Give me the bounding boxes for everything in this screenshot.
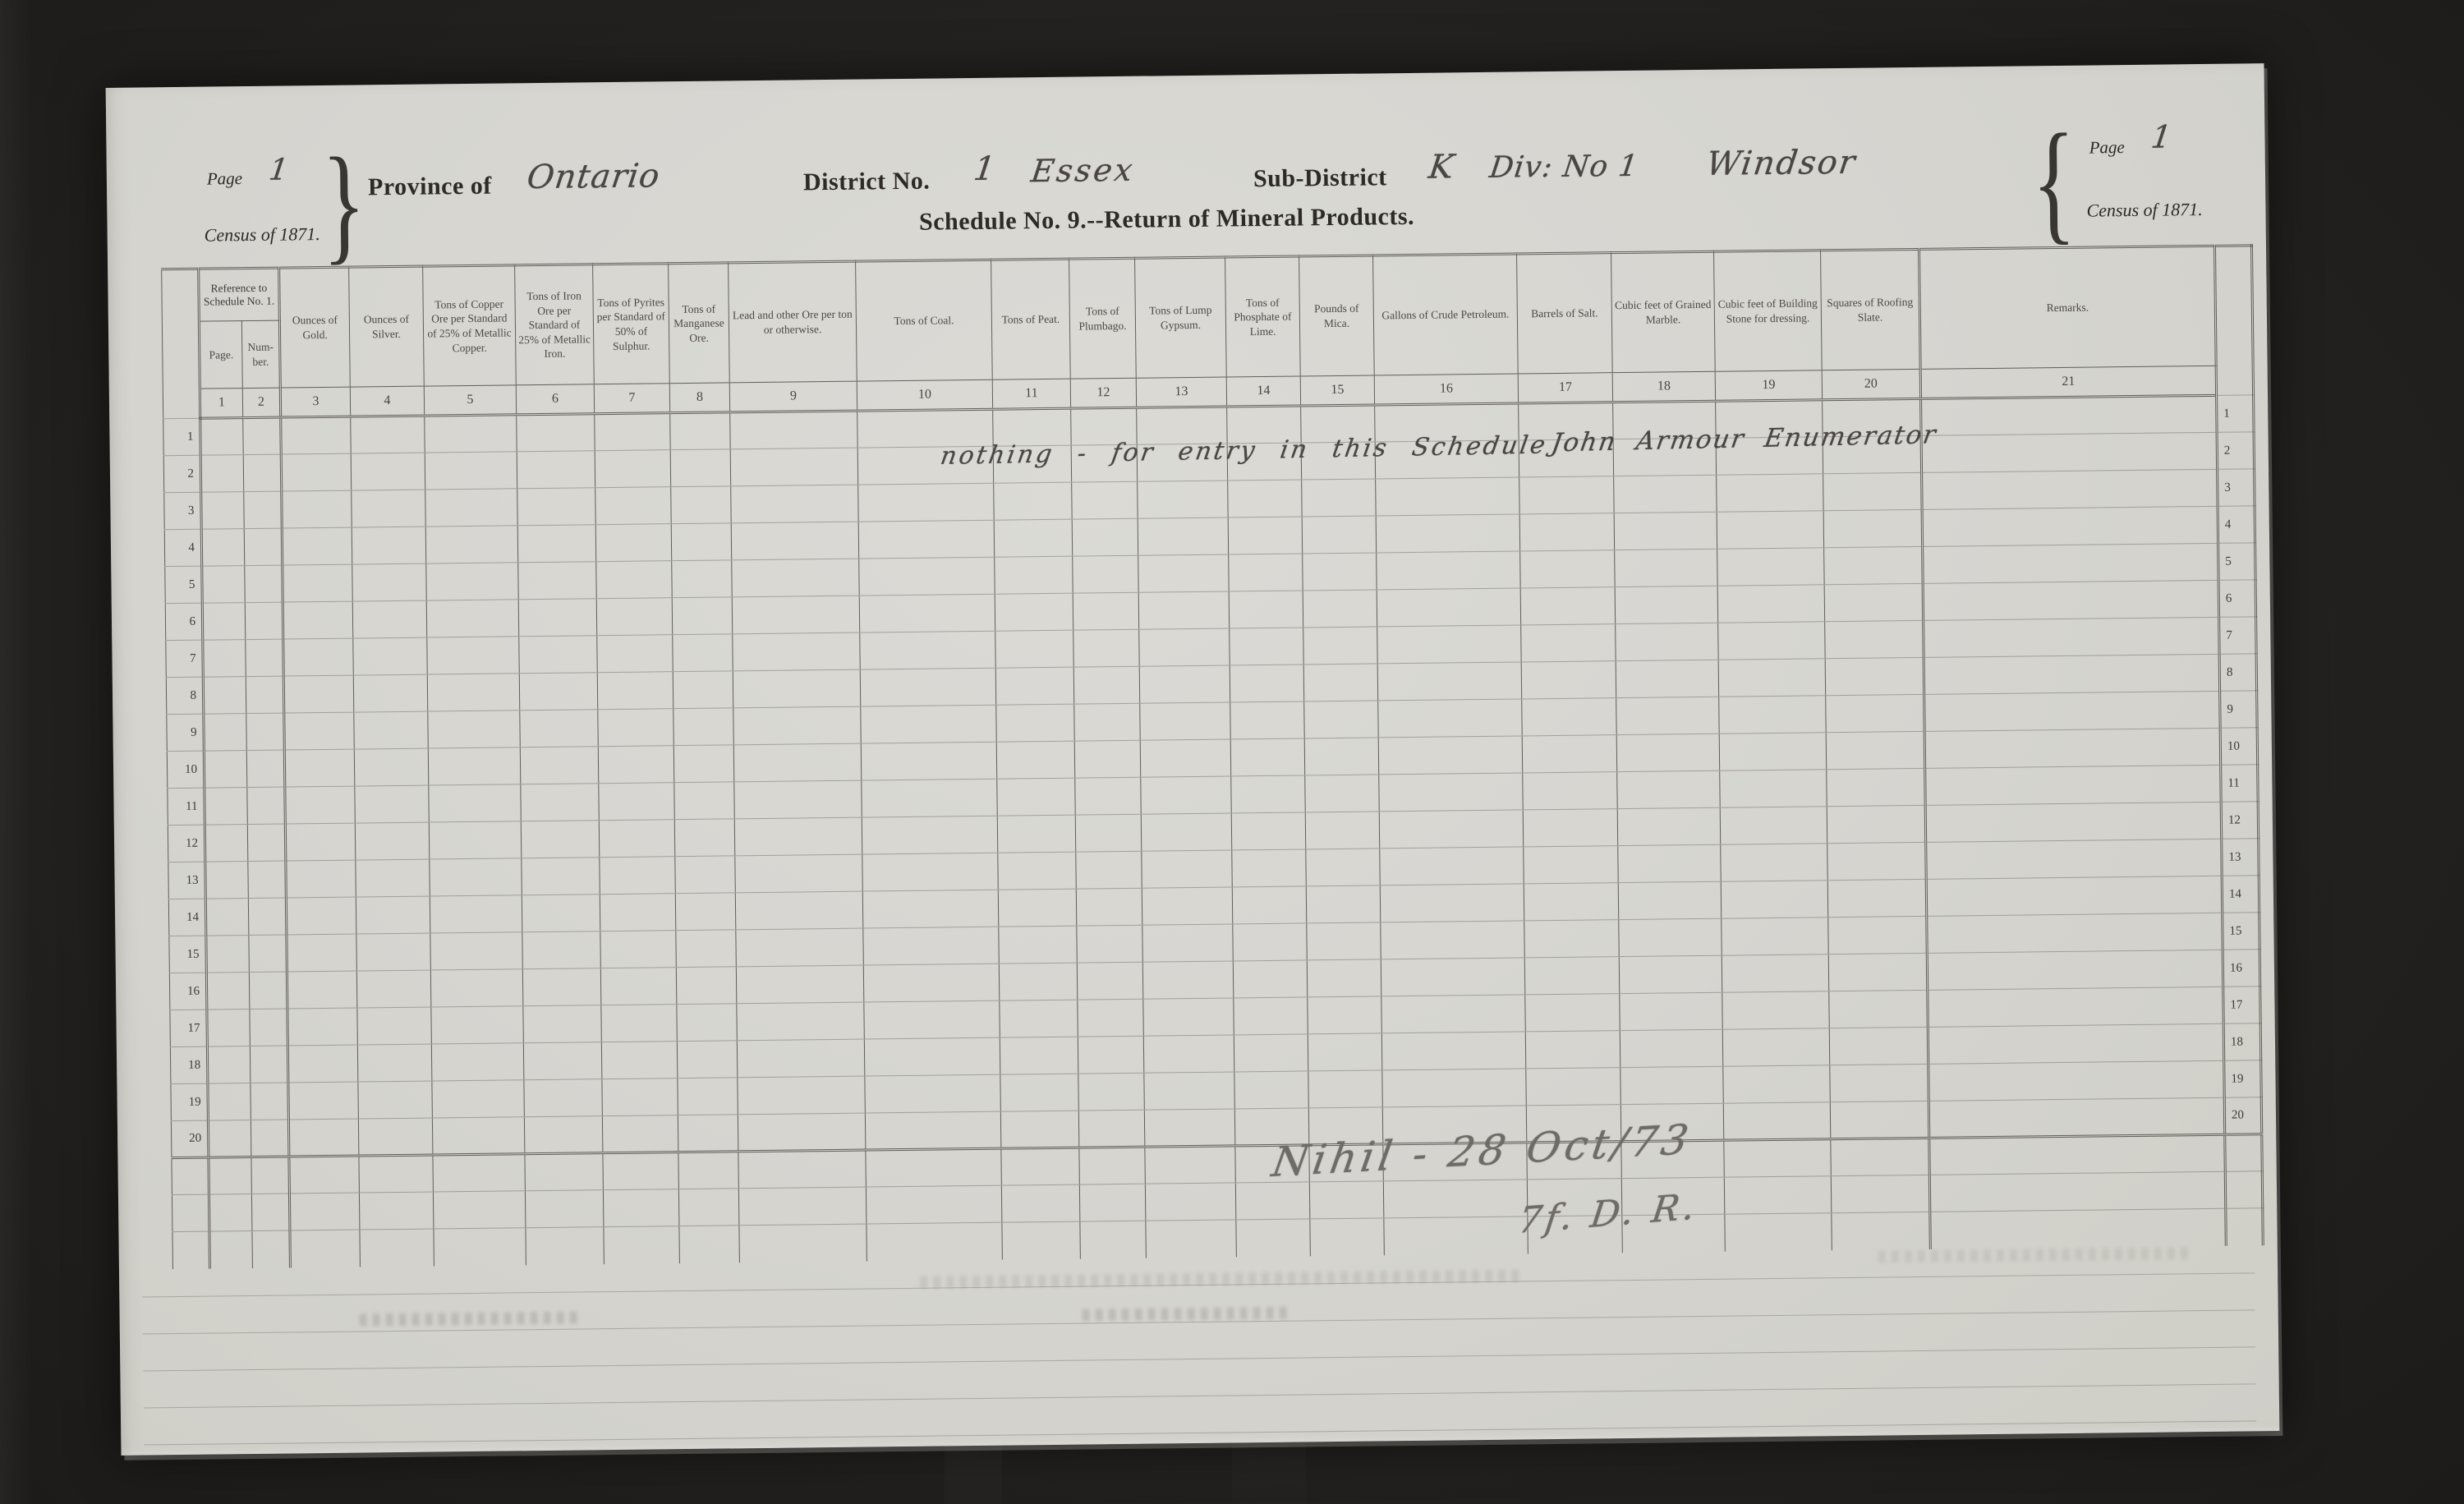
ruled-line [144, 1420, 2256, 1445]
table-cell [1376, 477, 1519, 516]
table-cell [288, 1119, 359, 1157]
table-cell [430, 858, 522, 896]
table-cell [200, 455, 244, 493]
table-cell [353, 674, 428, 712]
row-number-left: 17 [170, 1010, 208, 1047]
table-cell [862, 853, 998, 891]
table-cell [1378, 736, 1522, 775]
table-cell [1377, 551, 1520, 590]
column-header: Tons of Peat. [991, 259, 1071, 379]
table-cell [352, 527, 426, 564]
table-cell [244, 528, 283, 566]
column-number: 17 [1518, 373, 1612, 403]
table-cell [866, 1148, 1001, 1187]
row-number-right: 13 [2222, 839, 2259, 876]
table-cell [1376, 514, 1519, 553]
table-cell [525, 1153, 604, 1191]
table-cell [1722, 918, 1829, 955]
table-cell [352, 490, 426, 527]
column-number: 1 [200, 389, 242, 419]
table-cell [601, 1042, 678, 1079]
table-cell [859, 557, 995, 596]
table-cell [674, 782, 735, 820]
table-cell [1614, 512, 1717, 550]
table-cell [246, 676, 284, 714]
table-cell [738, 1076, 866, 1115]
table-cell [1381, 958, 1524, 996]
table-cell [207, 1046, 251, 1084]
row-number-gutter-right [2226, 1208, 2264, 1246]
row-number-gutter-right [2225, 1171, 2263, 1209]
table-cell [283, 564, 353, 602]
table-cell [732, 559, 860, 597]
table-cell [1928, 1097, 2224, 1138]
table-cell [1620, 992, 1723, 1030]
table-cell [1525, 1031, 1620, 1069]
table-cell [523, 1042, 602, 1080]
table-cell [1235, 1182, 1310, 1220]
table-cell [1825, 620, 1924, 658]
row-number-right: 11 [2221, 765, 2259, 803]
table-cell [1924, 617, 2219, 657]
table-cell [1303, 590, 1377, 628]
table-cell [1717, 585, 1825, 623]
table-cell [433, 1191, 526, 1229]
table-cell [998, 889, 1077, 927]
table-cell [520, 747, 599, 784]
table-cell [1827, 805, 1926, 843]
table-cell [1000, 1111, 1079, 1148]
table-cell [517, 451, 595, 489]
table-cell [1520, 550, 1616, 588]
column-header: Tons of Phosphate of Lime. [1225, 256, 1301, 377]
table-cell [599, 783, 675, 821]
district-number-handwritten: 1 [972, 150, 998, 188]
table-cell [522, 931, 601, 969]
table-cell [284, 749, 355, 787]
schedule-title: Schedule No. 9.--Return of Mineral Produ… [919, 203, 1414, 237]
table-cell [351, 453, 425, 490]
row-number-right: 19 [2224, 1060, 2262, 1098]
column-header: Pounds of Mica. [1299, 255, 1375, 376]
row-number-left: 12 [168, 825, 205, 862]
table-cell [1930, 1208, 2226, 1249]
table-cell [1078, 999, 1144, 1037]
row-number-gutter-left [172, 1157, 209, 1195]
bleedthrough-smudge [1083, 1307, 1288, 1322]
table-cell [288, 1082, 359, 1120]
table-wrap: Reference to Schedule No. 1.Ounces of Go… [161, 244, 2263, 1268]
table-cell [209, 1231, 253, 1269]
table-cell [1380, 847, 1524, 885]
table-cell [677, 1041, 738, 1079]
table-cell [1138, 554, 1230, 592]
table-cell [603, 1189, 679, 1227]
table-cell [673, 634, 733, 672]
table-cell [860, 631, 995, 669]
table-cell [1616, 660, 1719, 697]
table-cell [208, 1120, 251, 1158]
table-cell [1073, 555, 1139, 593]
table-cell [434, 1228, 526, 1266]
table-cell [1230, 665, 1304, 702]
row-number-gutter-left [172, 1194, 209, 1232]
table-cell [1525, 994, 1620, 1032]
table-cell [670, 412, 731, 450]
table-cell [1141, 813, 1232, 851]
table-cell [205, 899, 249, 936]
table-cell [1228, 480, 1303, 517]
table-cell [1075, 777, 1142, 815]
table-cell [860, 668, 995, 706]
table-cell [433, 1154, 526, 1192]
table-cell [999, 963, 1078, 1000]
table-cell [281, 416, 352, 454]
row-number-left: 5 [165, 566, 203, 604]
table-cell [1140, 739, 1231, 777]
reference-subheader: Page. [199, 321, 242, 389]
table-cell [1138, 591, 1230, 629]
table-cell [739, 1224, 867, 1263]
table-cell [997, 778, 1076, 816]
column-number: 21 [1920, 366, 2216, 398]
table-cell [355, 785, 430, 823]
table-cell [1717, 548, 1825, 586]
row-number-left: 8 [166, 677, 204, 715]
table-cell [1146, 1220, 1237, 1258]
table-cell [858, 483, 994, 522]
row-number-left: 20 [171, 1120, 209, 1158]
table-cell [1079, 1184, 1146, 1221]
table-cell [1829, 990, 1928, 1028]
table-cell [1142, 887, 1233, 925]
bleedthrough-smudge [360, 1311, 582, 1326]
table-cell [244, 491, 283, 529]
table-cell [861, 705, 996, 743]
table-cell [432, 1080, 525, 1118]
table-cell [1615, 586, 1718, 623]
table-cell [1620, 1029, 1723, 1067]
table-cell [1138, 517, 1229, 555]
table-cell [600, 968, 677, 1005]
table-cell [600, 894, 676, 931]
table-cell [1303, 664, 1378, 701]
table-cell [1924, 691, 2220, 731]
census-form-page: Page 1 Census of 1871. } Province of Ont… [106, 63, 2280, 1456]
table-cell [734, 817, 862, 856]
table-cell [281, 453, 352, 491]
column-header: Ounces of Gold. [279, 267, 351, 388]
table-cell [1824, 546, 1924, 584]
table-cell [426, 600, 519, 637]
row-number-gutter-left [162, 269, 200, 418]
table-cell [1303, 627, 1378, 665]
table-cell [1230, 738, 1305, 776]
table-cell [735, 854, 863, 893]
table-cell [1928, 987, 2223, 1027]
table-cell [1830, 1101, 1929, 1138]
table-cell [1142, 924, 1234, 962]
bleedthrough-smudge [920, 1270, 1519, 1289]
table-cell [1378, 699, 1522, 738]
table-cell [1824, 583, 1924, 621]
row-number-gutter-left [172, 1231, 210, 1269]
table-cell [1827, 879, 1927, 917]
row-number-left: 16 [169, 973, 207, 1010]
table-cell [1524, 920, 1620, 958]
table-cell [425, 452, 517, 490]
table-cell [672, 560, 733, 598]
column-header: Tons of Iron Ore per Standard of 25% of … [515, 264, 595, 385]
table-cell [1000, 1000, 1078, 1037]
table-cell [359, 1192, 434, 1230]
table-cell [1380, 884, 1524, 922]
table-cell [519, 673, 598, 711]
row-number-left: 11 [168, 788, 205, 826]
table-cell [733, 632, 861, 671]
table-cell [1926, 839, 2222, 879]
table-cell [1923, 580, 2218, 620]
table-cell [861, 742, 996, 780]
scanner-light-streak [0, 0, 33, 1504]
table-cell [1308, 996, 1382, 1034]
header-row: Reference to Schedule No. 1.Ounces of Go… [162, 246, 2253, 322]
table-cell [205, 825, 248, 862]
table-cell [595, 524, 672, 562]
table-cell [1827, 768, 1926, 806]
column-number: 13 [1136, 377, 1226, 407]
row-number-left: 1 [163, 418, 201, 456]
subdistrict-code-handwritten: K [1427, 148, 1457, 186]
table-cell [1142, 850, 1233, 888]
table-cell [1826, 731, 1925, 769]
table-cell [679, 1226, 740, 1263]
table-cell [1719, 696, 1827, 734]
table-cell [286, 860, 356, 898]
table-cell [1000, 1074, 1079, 1111]
row-number-right: 12 [2221, 802, 2259, 839]
page-number-right-handwritten: 1 [2149, 118, 2175, 154]
table-cell [1234, 1071, 1309, 1109]
table-cell [1233, 960, 1308, 998]
table-cell [863, 964, 999, 1002]
column-header: Squares of Roofing Slate. [1821, 249, 1921, 370]
table-cell [673, 745, 734, 783]
table-cell [601, 1005, 678, 1042]
table-cell [1231, 812, 1306, 850]
table-cell [1077, 962, 1143, 1000]
table-cell [738, 1150, 867, 1189]
row-number-left: 19 [171, 1083, 209, 1121]
table-cell [209, 1157, 252, 1195]
table-cell [1830, 1064, 1929, 1102]
bleedthrough-smudge [1878, 1247, 2190, 1263]
table-cell [251, 1083, 289, 1120]
ruled-line [144, 1383, 2256, 1408]
table-cell [358, 1118, 433, 1156]
table-cell [1520, 587, 1616, 625]
table-cell [1723, 1102, 1831, 1140]
page-label-right: Page [2089, 137, 2124, 158]
census-note-right: Census of 1871. [2086, 199, 2202, 222]
table-cell [1310, 1218, 1385, 1256]
table-cell [1076, 851, 1142, 889]
table-cell [1231, 775, 1306, 813]
table-cell [1072, 518, 1138, 556]
table-cell [524, 1079, 603, 1117]
row-number-gutter-right [2225, 1134, 2263, 1172]
table-cell [595, 487, 672, 525]
table-cell [357, 1044, 432, 1082]
table-cell [1143, 998, 1234, 1036]
column-number: 12 [1070, 378, 1136, 408]
table-cell [289, 1193, 360, 1230]
table-cell [1306, 885, 1381, 923]
table-cell [1717, 511, 1824, 549]
table-cell [595, 450, 671, 488]
table-cell [249, 972, 287, 1010]
table-cell [247, 787, 286, 825]
table-cell [1304, 701, 1379, 738]
table-cell [1307, 922, 1381, 960]
column-number: 10 [857, 379, 992, 411]
column-header: Tons of Pyrites per Standard of 50% of S… [593, 264, 670, 384]
table-cell [1924, 654, 2219, 694]
table-cell [287, 971, 357, 1009]
table-cell [248, 898, 287, 936]
row-number-left: 4 [164, 529, 202, 567]
row-number-right: 17 [2223, 987, 2261, 1024]
table-cell [1377, 662, 1521, 701]
table-cell [672, 597, 733, 635]
table-cell [1144, 1072, 1235, 1110]
column-header: Tons of Copper Ore per Standard of 25% o… [423, 265, 517, 386]
table-cell [733, 669, 861, 708]
table-cell [428, 747, 521, 785]
row-number-right: 2 [2217, 432, 2255, 470]
row-number-right: 10 [2220, 728, 2258, 766]
table-cell [428, 711, 521, 748]
table-cell [1139, 628, 1230, 666]
table-cell [1719, 733, 1827, 770]
table-cell [247, 824, 286, 862]
table-cell [737, 1039, 865, 1078]
table-cell [862, 779, 997, 817]
table-cell [673, 671, 733, 709]
table-cell [678, 1078, 738, 1115]
table-cell [427, 674, 520, 711]
table-cell [205, 862, 249, 899]
table-cell [426, 563, 519, 600]
table-cell [1078, 1036, 1144, 1074]
column-number: 8 [669, 383, 729, 413]
table-cell [1078, 1110, 1145, 1148]
table-cell [206, 936, 250, 973]
table-cell [287, 1008, 358, 1046]
table-cell [249, 935, 287, 973]
table-cell [1080, 1221, 1147, 1258]
table-cell [1140, 702, 1231, 740]
table-cell [1308, 1033, 1382, 1071]
table-cell [1922, 469, 2218, 509]
table-cell [1232, 886, 1307, 924]
table-cell [1720, 807, 1827, 844]
table-cell [1138, 481, 1229, 518]
table-cell [1306, 849, 1381, 886]
table-cell [1618, 844, 1722, 882]
column-header: Tons of Manganese Ore. [669, 263, 730, 384]
reference-subheader: Num-ber. [241, 320, 280, 389]
table-cell [738, 1187, 867, 1226]
row-number-left: 6 [165, 603, 203, 641]
table-cell [671, 523, 732, 561]
table-cell [205, 788, 248, 826]
scan-background: Page 1 Census of 1871. } Province of Ont… [0, 0, 2464, 1504]
table-cell [731, 485, 859, 523]
table-cell [1234, 997, 1308, 1035]
table-cell [1720, 770, 1827, 807]
row-number-left: 18 [170, 1046, 208, 1084]
table-cell [1381, 921, 1524, 959]
table-cell [1524, 846, 1619, 884]
table-cell [287, 934, 357, 972]
table-cell [673, 708, 734, 746]
table-cell [675, 893, 736, 931]
table-cell [1074, 740, 1141, 778]
table-cell [1234, 1034, 1308, 1072]
table-cell [995, 593, 1073, 631]
row-number-right: 18 [2223, 1023, 2261, 1061]
table-cell [1724, 1139, 1832, 1177]
row-number-left: 13 [168, 862, 206, 899]
row-number-left: 7 [166, 640, 204, 678]
table-cell [1928, 1060, 2224, 1101]
table-cell [1722, 991, 1830, 1029]
table-cell [518, 599, 597, 637]
row-number-right: 8 [2219, 654, 2257, 692]
row-number-left: 9 [167, 714, 205, 752]
table-cell [736, 965, 864, 1004]
table-cell [596, 598, 673, 636]
table-cell [862, 890, 998, 928]
table-cell [1230, 628, 1304, 665]
table-cell [859, 594, 995, 632]
table-cell [286, 897, 356, 935]
census-note-left: Census of 1871. [205, 223, 320, 246]
table-cell [730, 448, 858, 486]
table-cell [1619, 918, 1722, 956]
table-cell [995, 630, 1074, 668]
reference-group-header: Reference to Schedule No. 1. [199, 268, 280, 321]
table-cell [1620, 1066, 1724, 1104]
row-number-left: 14 [168, 899, 206, 936]
table-cell [995, 556, 1073, 594]
table-cell [517, 525, 596, 563]
table-cell [1924, 728, 2220, 768]
table-cell [1831, 1138, 1930, 1175]
table-cell [429, 821, 522, 859]
table-cell [206, 973, 250, 1010]
table-cell [731, 522, 859, 560]
table-cell [1616, 734, 1720, 771]
mineral-products-table: Reference to Schedule No. 1.Ounces of Go… [161, 244, 2264, 1268]
table-cell [1619, 955, 1722, 993]
table-cell [1001, 1184, 1080, 1222]
table-cell [425, 415, 517, 453]
table-cell [737, 1002, 865, 1041]
table-cell [1305, 775, 1380, 812]
table-cell [282, 527, 352, 565]
